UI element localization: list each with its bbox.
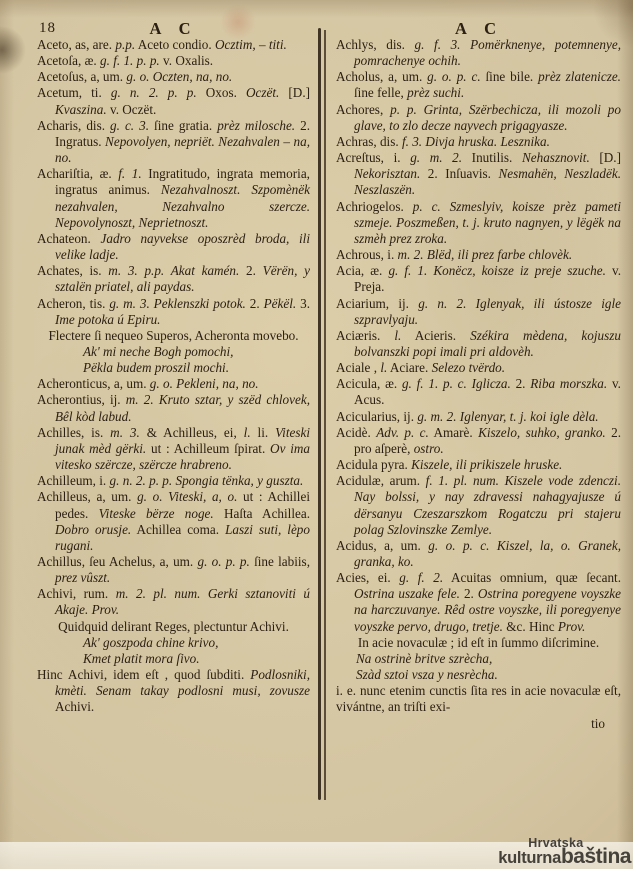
latin-text: ut : Achilleum ſpirat. xyxy=(146,441,270,456)
latin-text: Aceto, as, are. xyxy=(37,37,115,52)
watermark-band: Hrvatska kulturnabaština xyxy=(0,842,633,869)
translation-text: ostro. xyxy=(414,441,444,456)
divider-line-thin xyxy=(324,30,326,800)
translation-text: g. n. 2. p. p. Spongia tënka, y guszta. xyxy=(110,473,304,488)
latin-text: ſine labiis, xyxy=(250,554,310,569)
latin-text: Acholus, a, um. xyxy=(336,69,427,84)
translation-text: Kiszele, ili prikiszele hruske. xyxy=(411,457,562,472)
translation-text: Kvaszina. xyxy=(55,102,107,117)
latin-text: Kmet platit mora ſivo. xyxy=(83,651,200,666)
translation-text: g. f. 1. p. p. xyxy=(100,53,160,68)
latin-text: v. Oxalis. xyxy=(160,53,213,68)
dictionary-entry: Achilles, is. m. 3. & Achilleus, ei, l. … xyxy=(55,425,310,473)
latin-text: Aciarium, ij. xyxy=(336,296,418,311)
translation-text: Selezo tvërdo. xyxy=(432,360,505,375)
latin-text: & Achilleus, ei, xyxy=(140,425,244,440)
watermark-kulturna: kulturna xyxy=(498,849,561,867)
dictionary-entry: Acidulæ, arum. f. 1. pl. num. Kiszele vo… xyxy=(354,473,621,538)
latin-text: Acieris. xyxy=(401,328,470,343)
verse-line: Ak' goszpoda chine krivo, xyxy=(37,635,310,651)
dictionary-entry: Acetoſa, æ. g. f. 1. p. p. v. Oxalis. xyxy=(55,53,310,69)
latin-text: Acicula, æ. xyxy=(336,376,402,391)
latin-text: Ak' goszpoda chine krivo, xyxy=(83,635,218,650)
latin-text: Acuitas omnium, quæ ſecant. xyxy=(443,570,621,585)
translation-text: Ostrina uszake fele. xyxy=(354,586,460,601)
latin-text: 2. xyxy=(239,263,262,278)
translation-text: g. o. Oczten, na, no. xyxy=(126,69,232,84)
latin-text: 2. Inſuavis. xyxy=(420,166,498,181)
latin-text: Achateon. xyxy=(37,231,101,246)
translation-text: Adv. p. c. xyxy=(376,425,429,440)
left-text-column: Aceto, as, are. p.p. Aceto condio. Oczti… xyxy=(37,37,310,716)
verse-line: Pëkla budem proszil mochi. xyxy=(37,360,310,376)
latin-text: Acetoſus, a, um. xyxy=(37,69,126,84)
latin-text: ſine bile. xyxy=(481,69,538,84)
watermark-bastina: baština xyxy=(561,845,631,868)
dictionary-entry: Achrous, i. m. 2. Blëd, ili prez farbe c… xyxy=(354,247,621,263)
latin-text: Flectere ſi nequeo Superos, Acheronta mo… xyxy=(48,328,298,343)
dictionary-entry: Acidula pyra. Kiszele, ili prikiszele hr… xyxy=(354,457,621,473)
proverb-line: Flectere ſi nequeo Superos, Acheronta mo… xyxy=(37,328,310,344)
latin-text: 2. xyxy=(511,376,530,391)
translation-text: g. m. 3. Peklenszki potok. xyxy=(109,296,246,311)
latin-text: Achilleum, i. xyxy=(37,473,110,488)
latin-text: Na ostrinè britve szrècha, xyxy=(356,651,492,666)
right-text-column: Achlys, dis. g. f. 3. Pomërknenye, potem… xyxy=(336,37,621,732)
latin-text: Acherontius, ij. xyxy=(37,392,126,407)
dictionary-entry: Acidè. Adv. p. c. Amarè. Kiszelo, suhko,… xyxy=(354,425,621,457)
latin-text: v. Oczët. xyxy=(107,102,157,117)
latin-text: Acetum, ti. xyxy=(37,85,111,100)
latin-text: Acheronticus, a, um. xyxy=(37,376,150,391)
latin-text: Quidquid delirant Reges, plectuntur Achi… xyxy=(58,619,289,634)
column-divider-rule xyxy=(318,28,328,800)
latin-text: Achillus, ſeu Achelus, a, um. xyxy=(37,554,197,569)
note-line: i. e. nunc etenim cunctis ſita res in ac… xyxy=(336,683,621,715)
column-header-left: A C xyxy=(37,19,310,39)
divider-line-thick xyxy=(318,28,321,800)
translation-text: g. c. 3. xyxy=(110,118,149,133)
translation-text: Nehasznovit. xyxy=(522,150,590,165)
latin-text: Acidulæ, arum. xyxy=(336,473,426,488)
latin-text: Inutilis. xyxy=(462,150,522,165)
translation-text: f. 3. Divja hruska. Lesznika. xyxy=(402,134,550,149)
translation-text: g. o. p. c. xyxy=(427,69,480,84)
latin-text: tio xyxy=(591,716,605,731)
dictionary-entry: Acicula, æ. g. f. 1. p. c. Iglicza. 2. R… xyxy=(354,376,621,408)
column-header-right: A C xyxy=(337,19,621,39)
translation-text: f. 1. xyxy=(118,166,141,181)
latin-text: Achivi, rum. xyxy=(37,586,116,601)
translation-text: Oczët. xyxy=(246,85,279,100)
translation-text: Ime potoka ú Epiru. xyxy=(55,312,160,327)
dictionary-entry: Achlys, dis. g. f. 3. Pomërknenye, potem… xyxy=(354,37,621,69)
dictionary-entry: Achariſtia, æ. f. 1. Ingratitudo, ingrat… xyxy=(55,166,310,231)
dictionary-entry: Achilleum, i. g. n. 2. p. p. Spongia tën… xyxy=(55,473,310,489)
translation-text: prèz milosche. xyxy=(217,118,295,133)
latin-text: 2. xyxy=(460,586,478,601)
translation-text: p.p. xyxy=(115,37,135,52)
latin-text: Aciale , xyxy=(336,360,380,375)
verse-line: Ak' mi neche Bogh pomochi, xyxy=(37,344,310,360)
latin-text: Acia, æ. xyxy=(336,263,388,278)
translation-text: Riba morszka. xyxy=(530,376,607,391)
dictionary-entry: Achriogelos. p. c. Szmeslyiv, koisze prè… xyxy=(354,199,621,247)
latin-text: Acicularius, ij. xyxy=(336,409,417,424)
translation-text: m. 2. Blëd, ili prez farbe chlovèk. xyxy=(398,247,573,262)
dictionary-entry: Aciale , l. Aciare. Selezo tvërdo. xyxy=(354,360,621,376)
latin-text: Oxos. xyxy=(197,85,246,100)
proverb-line: In acie novaculæ ; id eſt in ſummo diſcr… xyxy=(336,635,621,651)
dictionary-entry: Aciarium, ij. g. n. 2. Iglenyak, ili úst… xyxy=(354,296,621,328)
latin-text: Acharis, dis. xyxy=(37,118,110,133)
translation-text: Pëkël. xyxy=(264,296,297,311)
dictionary-entry: Acharis, dis. g. c. 3. ſine gratia. prèz… xyxy=(55,118,310,166)
dictionary-entry: Acholus, a, um. g. o. p. c. ſine bile. p… xyxy=(354,69,621,101)
latin-text: Acreſtus, i. xyxy=(336,150,410,165)
latin-text: Acidè. xyxy=(336,425,376,440)
latin-text: Szàd sztoi vsza y nesrècha. xyxy=(356,667,498,682)
latin-text: ſine felle, xyxy=(354,85,407,100)
latin-text: Haſta Achillea. xyxy=(214,506,310,521)
dictionary-entry: Achates, is. m. 3. p.p. Akat kamén. 2. V… xyxy=(55,263,310,295)
dictionary-entry: Aceto, as, are. p.p. Aceto condio. Oczti… xyxy=(55,37,310,53)
translation-text: g. o. Pekleni, na, no. xyxy=(150,376,259,391)
latin-text: Pëkla budem proszil mochi. xyxy=(83,360,229,375)
translation-text: g. o. p. p. xyxy=(197,554,249,569)
dictionary-entry: Acies, ei. g. f. 2. Acuitas omnium, quæ … xyxy=(354,570,621,635)
latin-text: i. e. nunc etenim cunctis ſita res in ac… xyxy=(336,683,621,714)
latin-text: Aciare. xyxy=(387,360,431,375)
dictionary-entry: Acia, æ. g. f. 1. Konëcz, koisze iz prej… xyxy=(354,263,621,295)
book-page: 18 A C A C Aceto, as, are. p.p. Aceto co… xyxy=(0,0,633,869)
verse-line: Szàd sztoi vsza y nesrècha. xyxy=(336,667,621,683)
dictionary-entry: Acetoſus, a, um. g. o. Oczten, na, no. xyxy=(55,69,310,85)
translation-text: p. p. Grinta, Szërbechicza, ili mozoli p… xyxy=(354,102,621,133)
translation-text: g. f. 2. xyxy=(399,570,443,585)
latin-text: Achates, is. xyxy=(37,263,108,278)
latin-text: Achriogelos. xyxy=(336,199,413,214)
latin-text: Acies, ei. xyxy=(336,570,399,585)
translation-text: prez vûszt. xyxy=(55,570,110,585)
dictionary-entry: Achivi, rum. m. 2. pl. num. Gerki sztano… xyxy=(55,586,310,618)
dictionary-entry: Achras, dis. f. 3. Divja hruska. Lesznik… xyxy=(354,134,621,150)
translation-text: g. f. 1. p. c. Iglicza. xyxy=(402,376,511,391)
dictionary-entry: Acetum, ti. g. n. 2. p. p. Oxos. Oczët. … xyxy=(55,85,310,117)
translation-text: g. m. 2. xyxy=(410,150,462,165)
dictionary-entry: Acherontius, ij. m. 2. Kruto sztar, y sz… xyxy=(55,392,310,424)
translation-text: l. xyxy=(244,425,251,440)
dictionary-entry: Acreſtus, i. g. m. 2. Inutilis. Nehaszno… xyxy=(354,150,621,198)
dictionary-entry: Achateon. Jadro nayvekse oposzrèd broda,… xyxy=(55,231,310,263)
translation-text: Nekorisztan. xyxy=(354,166,420,181)
latin-text: Acetoſa, æ. xyxy=(37,53,100,68)
translation-text: m. 3. p.p. Akat kamén. xyxy=(108,263,239,278)
latin-text: In acie novaculæ ; id eſt in ſummo diſcr… xyxy=(358,635,599,650)
latin-text: Achariſtia, æ. xyxy=(37,166,118,181)
verse-line: Kmet platit mora ſivo. xyxy=(37,651,310,667)
latin-text: Achrous, i. xyxy=(336,247,398,262)
latin-text: Achores, xyxy=(336,102,390,117)
latin-text: Achivi. xyxy=(55,699,94,714)
latin-text: Achlys, dis. xyxy=(336,37,415,52)
proverb-line: Quidquid delirant Reges, plectuntur Achi… xyxy=(37,619,310,635)
translation-text: prèz suchi. xyxy=(407,85,464,100)
dictionary-entry: Acidus, a, um. g. o. p. c. Kiszel, la, o… xyxy=(354,538,621,570)
translation-text: Kiszelo, suhko, granko. xyxy=(478,425,606,440)
translation-text: g. f. 1. Konëcz, koisze iz preje szuche. xyxy=(388,263,605,278)
latin-text: Hinc Achivi, idem eſt , quod ſubditi. xyxy=(37,667,250,682)
latin-text: Achras, dis. xyxy=(336,134,402,149)
dictionary-entry: Achores, p. p. Grinta, Szërbechicza, ili… xyxy=(354,102,621,134)
catchword: tio xyxy=(336,716,621,732)
translation-text: g. o. Viteski, a, o. xyxy=(137,489,237,504)
translation-text: Dobro orusje. xyxy=(55,522,131,537)
latin-text: Acheron, tis. xyxy=(37,296,109,311)
latin-text: Acidus, a, um. xyxy=(336,538,428,553)
dictionary-entry: Acheron, tis. g. m. 3. Peklenszki potok.… xyxy=(55,296,310,328)
latin-text: 3. xyxy=(296,296,310,311)
library-watermark: Hrvatska kulturnabaština xyxy=(498,839,631,868)
latin-text: li. xyxy=(251,425,275,440)
latin-text: Amarè. xyxy=(429,425,478,440)
latin-text: ſine gratia. xyxy=(149,118,217,133)
latin-text: [D.] xyxy=(590,150,621,165)
latin-text: Aceto condio. xyxy=(135,37,215,52)
latin-text: Ak' mi neche Bogh pomochi, xyxy=(83,344,233,359)
translation-text: Prov. xyxy=(558,619,585,634)
latin-text: Acidula pyra. xyxy=(336,457,411,472)
translation-text: prèz zlatenicze. xyxy=(538,69,621,84)
dictionary-entry: Acicularius, ij. g. m. 2. Iglenyar, t. j… xyxy=(354,409,621,425)
latin-text: Achilleus, a, um. xyxy=(37,489,137,504)
dictionary-entry: Acheronticus, a, um. g. o. Pekleni, na, … xyxy=(55,376,310,392)
translation-text: Viteske bërze noge. xyxy=(99,506,214,521)
latin-text: Aciæris. xyxy=(336,328,394,343)
latin-text: &c. Hinc xyxy=(503,619,558,634)
verse-line: Na ostrinè britve szrècha, xyxy=(336,651,621,667)
watermark-line2: kulturnabaština xyxy=(498,848,631,868)
latin-text: Achilles, is. xyxy=(37,425,110,440)
translation-text: g. m. 2. Iglenyar, t. j. koi igle dèla. xyxy=(417,409,598,424)
translation-text: m. 3. xyxy=(110,425,140,440)
translation-text: g. n. 2. p. p. xyxy=(111,85,197,100)
latin-text: [D.] xyxy=(279,85,310,100)
dictionary-entry: Achilleus, a, um. g. o. Viteski, a, o. u… xyxy=(55,489,310,554)
dictionary-entry: Hinc Achivi, idem eſt , quod ſubditi. Po… xyxy=(55,667,310,715)
dictionary-entry: Achillus, ſeu Achelus, a, um. g. o. p. p… xyxy=(55,554,310,586)
latin-text: 2. xyxy=(246,296,264,311)
dictionary-entry: Aciæris. l. Acieris. Székira mèdena, koj… xyxy=(354,328,621,360)
latin-text: Achillea coma. xyxy=(131,522,225,537)
translation-text: Ocztim, – titi. xyxy=(215,37,287,52)
